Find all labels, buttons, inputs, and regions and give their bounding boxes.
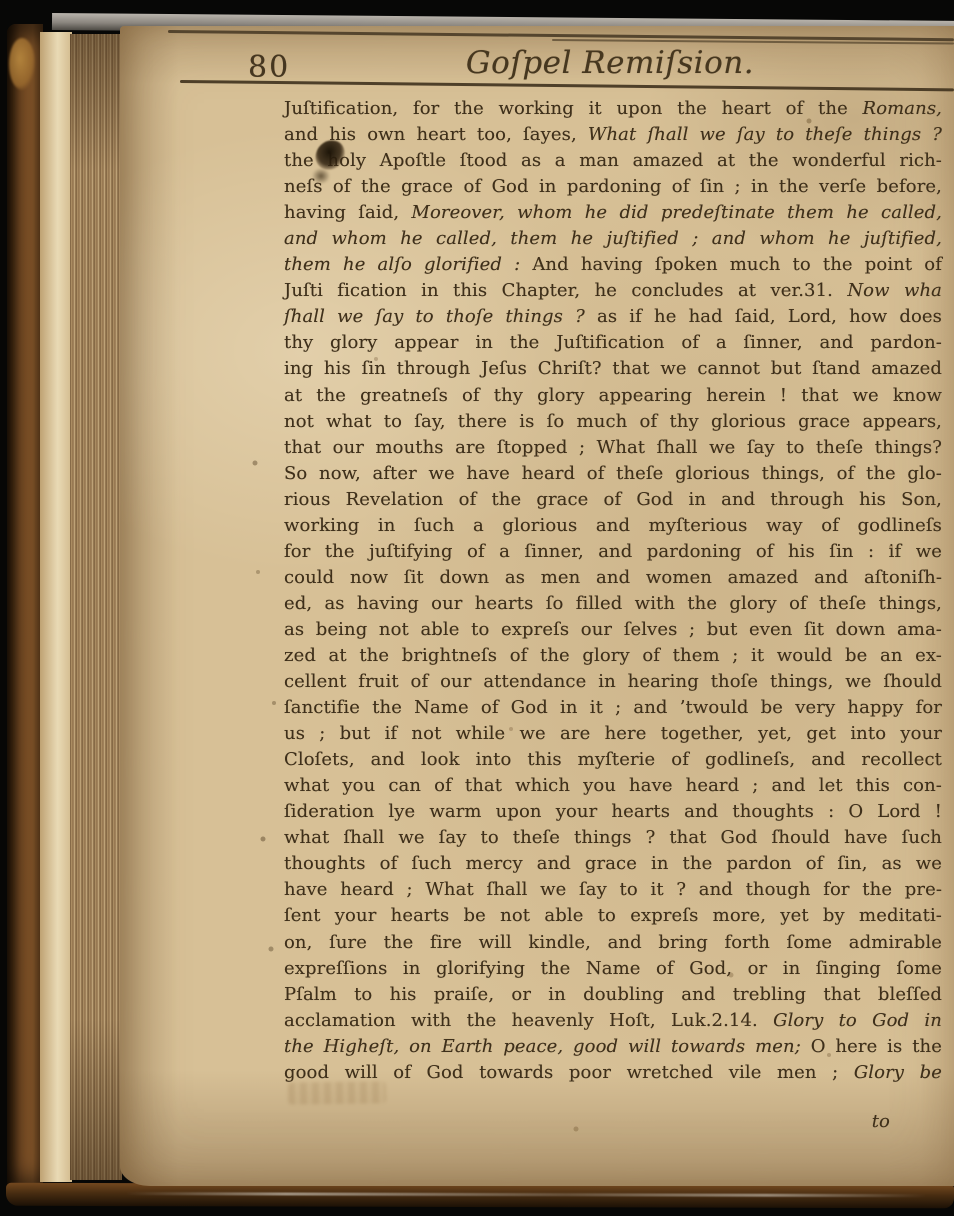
text-line: as being not able to expreſs our ſelves …: [284, 617, 942, 643]
italic-text-segment: Moreover, whom he did predeſtinate them …: [411, 202, 942, 223]
italic-text-segment: Romans,: [863, 98, 942, 119]
text-line: Pſalm to his praiſe, or in doubling and …: [284, 982, 942, 1008]
text-segment: cellent fruit of our attendance in heari…: [284, 671, 942, 692]
text-line: the holy Apoſtle ſtood as a man amazed a…: [284, 148, 942, 174]
text-line: neſs of the grace of God in pardoning of…: [284, 174, 942, 200]
bleed-through: [288, 1081, 386, 1104]
text-segment: have heard ; What ſhall we ſay to it ? a…: [284, 879, 942, 900]
text-line: at the greatneſs of thy glory appearing …: [284, 383, 942, 409]
text-line: ing his ſin through Jeſus Chriſt? that w…: [284, 356, 942, 382]
text-line: ſanctifie the Name of God in it ; and ’t…: [284, 695, 942, 721]
text-segment: good will of God towards poor wretched v…: [284, 1062, 854, 1083]
text-line: on, ſure the fire will kindle, and bring…: [284, 930, 942, 956]
text-segment: what ſhall we ſay to theſe things ? that…: [284, 827, 942, 848]
text-line: could now ſit down as men and women amaz…: [284, 565, 942, 591]
italic-text-segment: them he alſo glorified :: [284, 254, 532, 275]
book-bottom-edge: [6, 1183, 954, 1208]
text-line: ſent your hearts be not able to expreſs …: [284, 903, 942, 929]
text-line: the Higheſt, on Earth peace, good will t…: [284, 1034, 942, 1060]
text-line: Cloſets, and look into this myſterie of …: [284, 747, 942, 773]
text-segment: thy glory appear in the Juſtification of…: [284, 332, 942, 353]
text-line: and whom he called, them he juſtified ; …: [284, 226, 942, 252]
text-line: So now, after we have heard of theſe glo…: [284, 461, 942, 487]
text-segment: working in ſuch a glorious and myſteriou…: [284, 515, 942, 536]
paper-specks: [120, 26, 122, 28]
text-line: cellent fruit of our attendance in heari…: [284, 669, 942, 695]
text-segment: expreſſions in glorifying the Name of Go…: [284, 958, 942, 979]
text-segment: us ; but if not while we are here togeth…: [284, 723, 942, 744]
text-line: acclamation with the heavenly Hoſt, Luk.…: [284, 1008, 942, 1034]
text-segment: not what to ſay, there is ſo much of thy…: [284, 411, 942, 432]
text-segment: could now ſit down as men and women amaz…: [284, 567, 942, 588]
running-title: Goſpel Remiſsion.: [450, 45, 770, 81]
text-line: what ſhall we ſay to theſe things ? that…: [284, 825, 942, 851]
header-rule-bottom: [180, 80, 954, 91]
text-line: and his own heart too, ſayes, What ſhall…: [284, 122, 942, 148]
scan-background: { "colors":{"background":"#070706","pape…: [0, 0, 954, 1216]
text-segment: as being not able to expreſs our ſelves …: [284, 619, 942, 640]
book-page: 80 Goſpel Remiſsion. Juſtification, for …: [120, 26, 954, 1186]
text-segment: neſs of the grace of God in pardoning of…: [284, 176, 942, 197]
text-line: ed, as having our hearts ſo filled with …: [284, 591, 942, 617]
text-line: Juſti fication in this Chapter, he concl…: [284, 278, 942, 304]
text-segment: zed at the brightneſs of the glory of th…: [284, 645, 942, 666]
text-segment: So now, after we have heard of theſe glo…: [284, 463, 942, 484]
text-line: ſhall we ſay to thoſe things ? as if he …: [284, 304, 942, 330]
text-segment: that our mouths are ſtopped ; What ſhall…: [284, 437, 942, 458]
text-segment: Juſti fication in this Chapter, he concl…: [284, 280, 847, 301]
text-line: for the juſtifying of a ſinner, and pard…: [284, 539, 942, 565]
text-segment: what you can of that which you have hear…: [284, 775, 942, 796]
text-line: thy glory appear in the Juſtification of…: [284, 330, 942, 356]
catchword: to: [284, 1109, 942, 1135]
text-line: them he alſo glorified : And having ſpok…: [284, 252, 942, 278]
italic-text-segment: and whom he called, them he juſtified ; …: [284, 228, 942, 249]
text-line: that our mouths are ſtopped ; What ſhall…: [284, 435, 942, 461]
text-segment: ſent your hearts be not able to expreſs …: [284, 905, 942, 926]
italic-text-segment: What ſhall we ſay to theſe things ?: [588, 124, 942, 145]
text-segment: for the juſtifying of a ſinner, and pard…: [284, 541, 942, 562]
text-segment: at the greatneſs of thy glory appearing …: [284, 385, 942, 406]
italic-text-segment: the Higheſt, on Earth peace, good will t…: [284, 1036, 811, 1057]
italic-text-segment: Now wha: [847, 280, 942, 301]
text-line: not what to ſay, there is ſo much of thy…: [284, 409, 942, 435]
ink-blot-small: [312, 168, 330, 184]
text-segment: ſanctifie the Name of God in it ; and ’t…: [284, 697, 942, 718]
text-segment: Pſalm to his praiſe, or in doubling and …: [284, 984, 942, 1005]
text-segment: on, ſure the fire will kindle, and bring…: [284, 932, 942, 953]
page-edges: [70, 34, 122, 1180]
text-segment: thoughts of ſuch mercy and grace in the …: [284, 853, 942, 874]
text-segment: the holy Apoſtle ſtood as a man amazed a…: [284, 150, 942, 171]
text-line: rious Revelation of the grace of God in …: [284, 487, 942, 513]
flyleaf-edge: [40, 32, 72, 1182]
text-segment: And having ſpoken much to the point of: [532, 254, 942, 275]
text-segment: Cloſets, and look into this myſterie of …: [284, 749, 942, 770]
text-line: expreſſions in glorifying the Name of Go…: [284, 956, 942, 982]
text-segment: rious Revelation of the grace of God in …: [284, 489, 942, 510]
text-segment: O here is the: [811, 1036, 942, 1057]
page-number: 80: [248, 50, 290, 85]
text-line: what you can of that which you have hear…: [284, 773, 942, 799]
italic-text-segment: ſhall we ſay to thoſe things ?: [284, 306, 597, 327]
text-segment: ed, as having our hearts ſo filled with …: [284, 593, 942, 614]
text-line: working in ſuch a glorious and myſteriou…: [284, 513, 942, 539]
text-segment: as if he had ſaid, Lord, how does: [597, 306, 942, 327]
text-line: having ſaid, Moreover, whom he did prede…: [284, 200, 942, 226]
text-segment: Juſtification, for the working it upon t…: [284, 98, 863, 119]
text-line: zed at the brightneſs of the glory of th…: [284, 643, 942, 669]
body-text: Juſtification, for the working it upon t…: [284, 96, 942, 1135]
text-segment: ſideration lye warm upon your hearts and…: [284, 801, 942, 822]
italic-text-segment: Glory to God in: [773, 1010, 942, 1031]
text-line: thoughts of ſuch mercy and grace in the …: [284, 851, 942, 877]
text-line: us ; but if not while we are here togeth…: [284, 721, 942, 747]
text-segment: ing his ſin through Jeſus Chriſt? that w…: [284, 358, 942, 379]
book-spine: [7, 24, 43, 1194]
text-line: ſideration lye warm upon your hearts and…: [284, 799, 942, 825]
italic-text-segment: Glory be: [854, 1062, 942, 1083]
text-line: have heard ; What ſhall we ſay to it ? a…: [284, 877, 942, 903]
text-segment: having ſaid,: [284, 202, 411, 223]
text-line: Juſtification, for the working it upon t…: [284, 96, 942, 122]
text-segment: acclamation with the heavenly Hoſt, Luk.…: [284, 1010, 773, 1031]
